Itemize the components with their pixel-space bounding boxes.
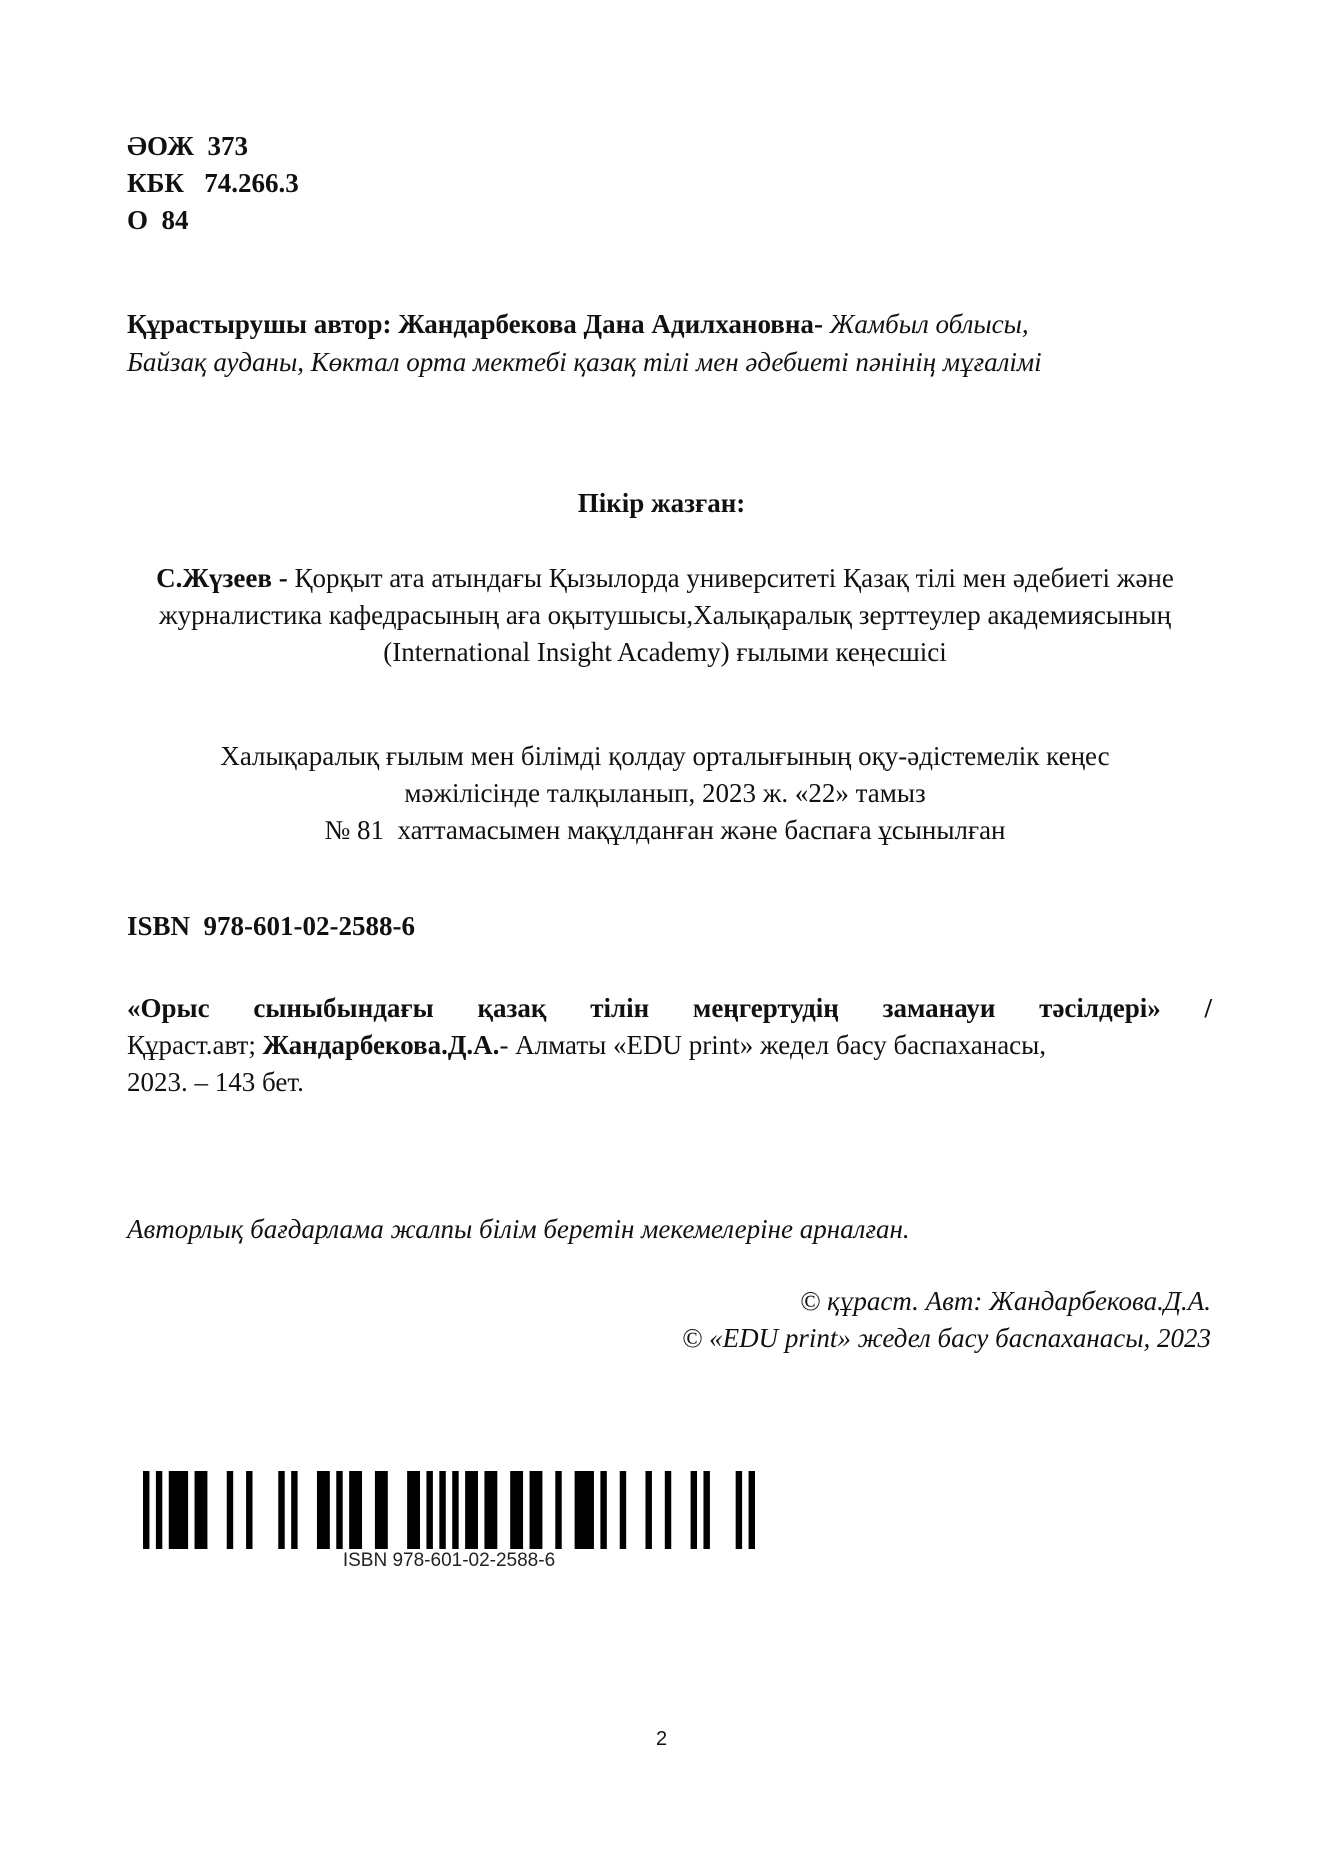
isbn-line: ISBN 978-601-02-2588-6: [127, 911, 415, 942]
copyright-author: © құраст. Авт: Жандарбекова.Д.А.: [682, 1283, 1211, 1320]
lbc-label: КБК: [127, 168, 184, 198]
page-number: 2: [0, 1728, 1323, 1751]
reviewer-block: С.Жүзеев - Қорқыт ата атындағы Қызылорда…: [150, 560, 1180, 671]
lbc-value: 74.266.3: [204, 168, 299, 198]
author-mark-value: 84: [162, 205, 189, 235]
citation-title: «Орыс сыныбындағы қазақ тілін меңгертуді…: [127, 990, 1212, 1027]
author-label: Құрастырушы автор:: [127, 309, 392, 339]
lbc-row: КБК 74.266.3: [127, 165, 299, 202]
approval-line-1: Халықаралық ғылым мен білімді қолдау орт…: [130, 738, 1200, 775]
reviewer-name: С.Жүзеев -: [156, 563, 288, 593]
barcode-caption: ISBN 978-601-02-2588-6: [143, 1550, 755, 1572]
copyright-publisher: © «EDU print» жедел басу баспаханасы, 20…: [682, 1320, 1211, 1357]
approval-line-3: № 81 хаттамасымен мақұлданған және баспа…: [130, 812, 1200, 849]
author-affiliation-1: Жамбыл облысы,: [830, 309, 1029, 339]
citation-compiled-prefix: Құраст.авт;: [127, 1030, 256, 1060]
copyright-block: © құраст. Авт: Жандарбекова.Д.А. © «EDU …: [682, 1283, 1211, 1357]
author-name: Жандарбекова Дана Адилхановна: [398, 309, 814, 339]
isbn-value: 978-601-02-2588-6: [204, 911, 415, 941]
approval-block: Халықаралық ғылым мен білімді қолдау орт…: [130, 738, 1200, 849]
author-mark-row: О 84: [127, 202, 299, 239]
author-line-1: Құрастырушы автор: Жандарбекова Дана Ади…: [127, 305, 1217, 343]
reviewer-title: Пікір жазған:: [0, 488, 1323, 519]
citation-compiler: Жандарбекова.Д.А.: [263, 1030, 500, 1060]
author-separator: -: [814, 309, 823, 339]
udc-value: 373: [207, 131, 248, 161]
isbn-label: ISBN: [127, 911, 190, 941]
udc-label: ӘОЖ: [127, 131, 194, 161]
citation-year-pages: 2023. – 143 бет.: [127, 1067, 304, 1097]
approval-line-2: мәжілісінде талқыланып, 2023 ж. «22» там…: [130, 775, 1200, 812]
citation-publisher: - Алматы «EDU print» жедел басу баспахан…: [499, 1030, 1046, 1060]
barcode-graphic: [143, 1471, 755, 1549]
udc-row: ӘОЖ 373: [127, 128, 299, 165]
author-affiliation-2: Байзақ ауданы, Көктал орта мектебі қазақ…: [127, 343, 1217, 381]
isbn-barcode: [143, 1471, 755, 1549]
purpose-note: Авторлық бағдарлама жалпы білім беретін …: [127, 1214, 910, 1245]
citation-block: «Орыс сыныбындағы қазақ тілін меңгертуді…: [127, 990, 1212, 1101]
author-block: Құрастырушы автор: Жандарбекова Дана Ади…: [127, 305, 1217, 381]
reviewer-description: Қорқыт ата атындағы Қызылорда университе…: [159, 563, 1174, 667]
classification-block: ӘОЖ 373 КБК 74.266.3 О 84: [127, 128, 299, 239]
author-mark-label: О: [127, 205, 148, 235]
